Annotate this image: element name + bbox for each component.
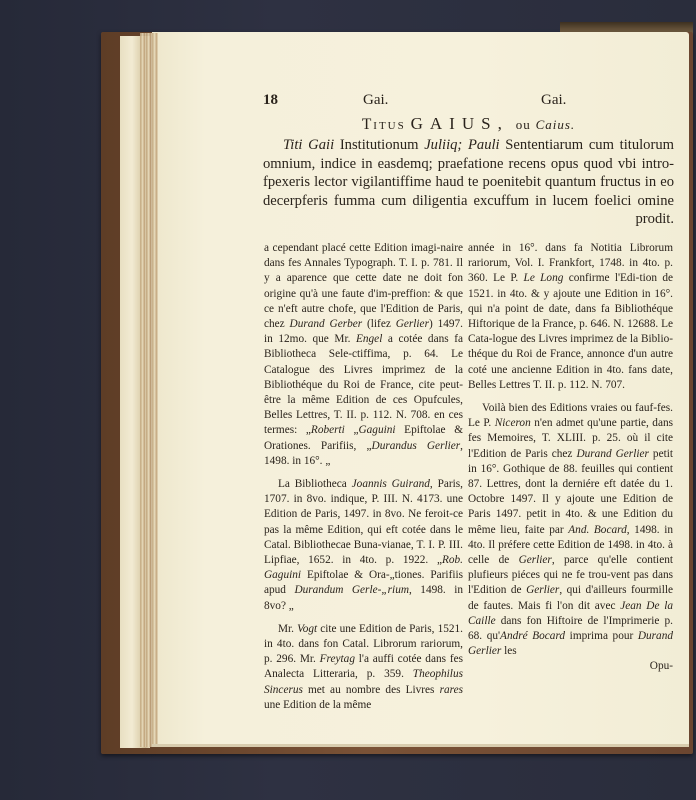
italic-text: Gerlier bbox=[396, 318, 429, 330]
italic-text: Durand Gerber bbox=[290, 318, 363, 330]
text: La Bibliotheca bbox=[278, 478, 352, 490]
italic-text: Joannis Guirand bbox=[352, 478, 430, 490]
italic-text: Gaguini bbox=[358, 424, 395, 436]
italic-text: Vogt bbox=[297, 623, 317, 635]
page-number: 18 bbox=[263, 92, 278, 109]
text: a cependant placé cette Edition imagi-na… bbox=[264, 242, 463, 330]
left-column: a cependant placé cette Edition imagi-na… bbox=[264, 241, 463, 721]
italic-text: Gerlier bbox=[519, 554, 552, 566]
text: (lifez bbox=[362, 318, 396, 330]
binding-gutter bbox=[140, 33, 158, 747]
text: petit in 16°. Gothique de 88. feuilles q… bbox=[468, 448, 673, 536]
intro-line: Titi Gaii Institutionum Juliiq; Pauli Se… bbox=[263, 136, 674, 155]
paragraph: a cependant placé cette Edition imagi-na… bbox=[264, 241, 463, 469]
entry-title: Titus GAIUS, ou Caius. bbox=[263, 114, 674, 134]
text: met au nombre des Livres bbox=[303, 684, 440, 696]
paragraph: Voilà bien des Editions vraies ou fauf-f… bbox=[468, 401, 673, 675]
intro-line: omnium, indice in easdemq; praefatione r… bbox=[263, 155, 674, 174]
italic-text: Freytag bbox=[320, 653, 355, 665]
italic-text: And. Bocard bbox=[568, 524, 626, 536]
italic-text: Durandus Gerlier bbox=[372, 440, 461, 452]
paragraph: année in 16°. dans fa Notitia Librorum r… bbox=[468, 241, 673, 393]
text: a cotée dans fa Bibliotheca Sele-ctiffim… bbox=[264, 333, 463, 436]
italic-text: Gerlier bbox=[526, 584, 559, 596]
italic-text: Durandum Gerle-„rium bbox=[294, 584, 409, 596]
intro-line: fpexeris lector vigilantiffime haud te p… bbox=[263, 173, 674, 192]
text: une Edition de la même bbox=[264, 699, 371, 711]
paragraph: Mr. Vogt cite une Edition de Paris, 1521… bbox=[264, 622, 463, 713]
italic-text: Niceron bbox=[495, 417, 531, 429]
title-surname: GAIUS, bbox=[411, 114, 509, 133]
running-head-right: Gai. bbox=[541, 92, 566, 109]
intro-text: Sententiarum cum titulorum bbox=[500, 137, 674, 153]
intro-italic: Juliiq; Pauli bbox=[424, 137, 499, 153]
italic-text: Le Long bbox=[524, 272, 564, 284]
text: imprima pour bbox=[565, 630, 638, 642]
catchword: Opu- bbox=[468, 659, 673, 674]
text: , Paris, 1707. in 8vo. indique, P. III. … bbox=[264, 478, 463, 566]
intro-italic: Titi Gaii bbox=[283, 137, 334, 153]
italic-text: Roberti bbox=[311, 424, 345, 436]
text: „ bbox=[345, 424, 359, 436]
text-block: 18 Gai. Gai. Titus GAIUS, ou Caius. Titi… bbox=[263, 88, 674, 229]
intro-latin-title: Titi Gaii Institutionum Juliiq; Pauli Se… bbox=[263, 136, 674, 229]
running-head-left: Gai. bbox=[363, 92, 388, 109]
italic-text: Durand Gerlier bbox=[576, 448, 648, 460]
intro-line: prodit. bbox=[263, 210, 674, 229]
text: Mr. bbox=[278, 623, 297, 635]
text: confirme l'Edi-tion de 1521. in 4to. & y… bbox=[468, 272, 673, 390]
title-connector: ou bbox=[516, 117, 531, 132]
intro-text: Institutionum bbox=[334, 137, 424, 153]
text: les bbox=[501, 645, 516, 657]
right-column: année in 16°. dans fa Notitia Librorum r… bbox=[468, 241, 673, 683]
page-bottom-edge bbox=[152, 744, 689, 747]
italic-text: André Bocard bbox=[500, 630, 565, 642]
title-variant: Caius. bbox=[536, 117, 576, 132]
running-head: 18 Gai. Gai. bbox=[263, 88, 674, 110]
title-forename: Titus bbox=[362, 116, 406, 133]
italic-text: rares bbox=[440, 684, 463, 696]
italic-text: Engel bbox=[356, 333, 382, 345]
intro-line: decerpferis fumma cum diligentia excuffu… bbox=[263, 192, 674, 211]
paragraph: La Bibliotheca Joannis Guirand, Paris, 1… bbox=[264, 477, 463, 614]
